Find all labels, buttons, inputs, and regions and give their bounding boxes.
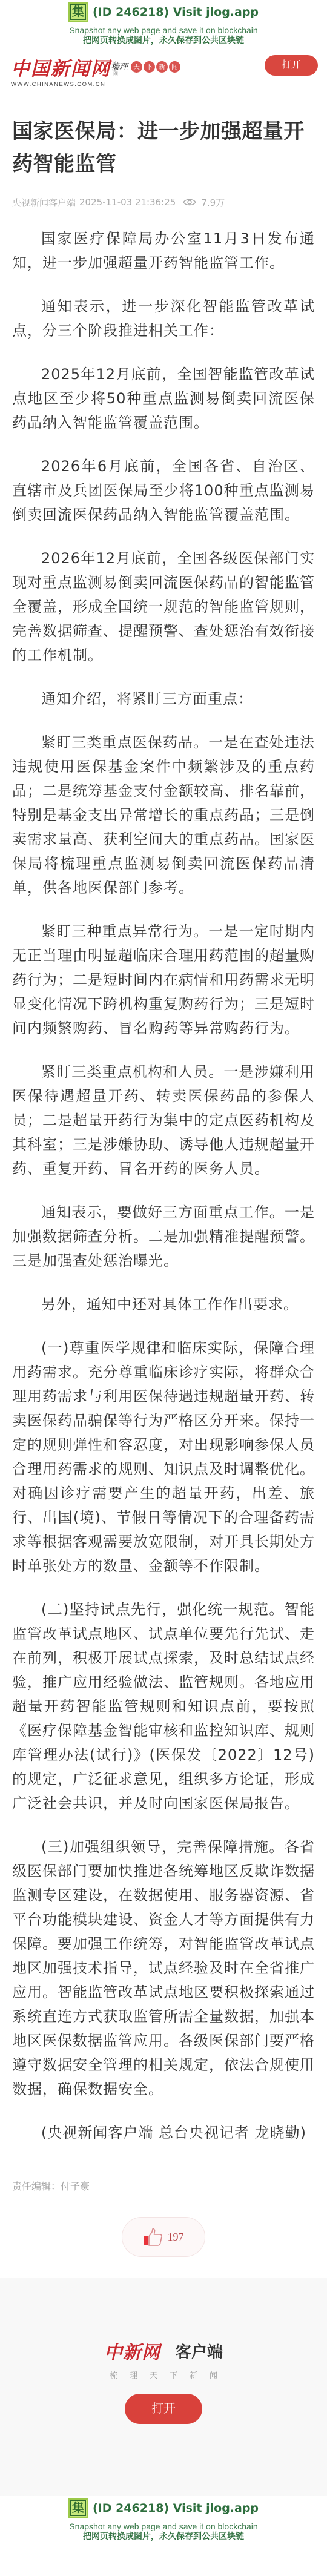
- jlog-badge-icon: 集: [68, 2498, 88, 2518]
- article-body: 国家医疗保障局办公室11月3日发布通知，进一步加强超量开药智能监管工作。 通知表…: [12, 226, 315, 2145]
- paragraph: 紧盯三种重点异常行为。一是一定时期内无正当理由明显超临床合理用药范围的超量购药行…: [12, 919, 315, 1040]
- watermark-banner-top: 集 (ID 246218) Visit jlog.app Snapshot an…: [0, 0, 327, 50]
- watermark-tagline-cn: 把网页转换成图片，永久保存到公共区块链: [0, 2531, 327, 2542]
- article-datetime: 2025-11-03 21:36:25: [79, 197, 176, 208]
- article-attribution: (央视新闻客户端 总台央视记者 龙晓勤): [12, 2121, 315, 2145]
- open-app-button-bottom[interactable]: 打开: [125, 2394, 202, 2424]
- paragraph: 紧盯三类重点机构和人员。一是涉嫌利用医保待遇超量开药、转卖医保药品的参保人员；二…: [12, 1060, 315, 1181]
- footer-slogan: 梳理天下新闻: [97, 2369, 230, 2380]
- watermark-tagline-en: Snapshot any web page and save it on blo…: [0, 25, 327, 35]
- paragraph: 通知表示，要做好三方面重点工作。一是加强数据筛查分析。二是加强精准提醒预警。三是…: [12, 1200, 315, 1273]
- chinanews-logo[interactable]: 中国新闻网 中新网 WWW.CHINANEWS.COM.CN: [11, 53, 119, 88]
- article-title: 国家医保局：进一步加强超量开药智能监管: [12, 115, 315, 180]
- article-meta: 央视新闻客户端 2025-11-03 21:36:25 7.9万: [12, 195, 315, 210]
- paragraph: 通知表示，进一步深化智能监管改革试点，分三个阶段推进相关工作：: [12, 294, 315, 343]
- app-promo-footer: 中新网 客户端 梳理天下新闻 打开: [0, 2278, 327, 2496]
- paragraph: (二)坚持试点先行，强化统一规范。智能监管改革试点地区、试点单位要先行先试、走在…: [12, 1597, 315, 1815]
- header-slogan: 梳理 天 下 新 闻: [111, 61, 180, 73]
- open-app-button-top[interactable]: 打开: [265, 55, 318, 76]
- jlog-badge-icon: 集: [68, 2, 88, 22]
- thumbs-up-icon: [144, 2228, 163, 2246]
- paragraph: 2026年6月底前，全国各省、自治区、直辖市及兵团医保局至少将100种重点监测易…: [12, 454, 315, 527]
- responsible-editor: 责任编辑：付子豪: [12, 2179, 315, 2193]
- watermark-id: (ID 246218) Visit jlog.app: [93, 5, 259, 19]
- paragraph: (一)尊重医学规律和临床实际，保障合理用药需求。充分尊重临床诊疗实际，将群众合理…: [12, 1336, 315, 1578]
- footer-logo: 中新网 客户端: [104, 2337, 223, 2364]
- logo-text: 中国新闻网: [11, 53, 111, 81]
- eye-icon: [183, 198, 196, 206]
- like-button[interactable]: 197: [122, 2217, 205, 2257]
- paragraph: 国家医疗保障局办公室11月3日发布通知，进一步加强超量开药智能监管工作。: [12, 226, 315, 275]
- article-source: 央视新闻客户端: [12, 196, 76, 209]
- article: 国家医保局：进一步加强超量开药智能监管 央视新闻客户端 2025-11-03 2…: [0, 115, 327, 2257]
- watermark-banner-bottom: 集 (ID 246218) Visit jlog.app Snapshot an…: [0, 2496, 327, 2546]
- paragraph: 2026年12月底前，全国各级医保部门实现对重点监测易倒卖回流医保药品的智能监管…: [12, 546, 315, 667]
- logo-url: WWW.CHINANEWS.COM.CN: [11, 81, 119, 88]
- paragraph: 通知介绍，将紧盯三方面重点：: [12, 687, 315, 711]
- site-header: 中国新闻网 中新网 WWW.CHINANEWS.COM.CN 梳理 天 下 新 …: [0, 50, 327, 92]
- view-count: 7.9万: [201, 196, 225, 209]
- watermark-tagline-cn: 把网页转换成图片，永久保存到公共区块链: [0, 35, 327, 46]
- like-count: 197: [168, 2231, 184, 2244]
- paragraph: 紧盯三类重点医保药品。一是在查处违法违规使用医保基金案件中频繁涉及的重点药品；二…: [12, 730, 315, 900]
- watermark-id: (ID 246218) Visit jlog.app: [93, 2502, 259, 2515]
- paragraph: 2025年12月底前，全国智能监管改革试点地区至少将50种重点监测易倒卖回流医保…: [12, 362, 315, 435]
- paragraph: (三)加强组织领导，完善保障措施。各省级医保部门要加快推进各统筹地区反欺诈数据监…: [12, 1835, 315, 2101]
- divider: [168, 2342, 168, 2360]
- watermark-tagline-en: Snapshot any web page and save it on blo…: [0, 2522, 327, 2531]
- paragraph: 另外，通知中还对具体工作作出要求。: [12, 1292, 315, 1316]
